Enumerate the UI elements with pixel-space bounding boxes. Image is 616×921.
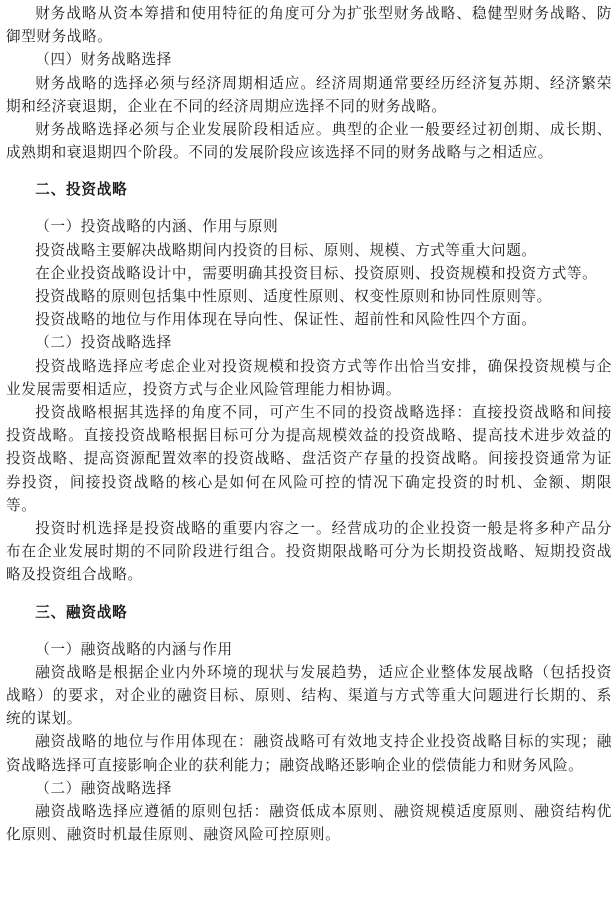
- section-heading-financing-strategy: 三、融资战略: [6, 601, 612, 624]
- paragraph-investment-role: 投资战略的地位与作用体现在导向性、保证性、超前性和风险性四个方面。: [6, 308, 612, 331]
- paragraph-financing-principles: 融资战略选择应遵循的原则包括：融资低成本原则、融资规模适度原则、融资结构优化原则…: [6, 800, 612, 846]
- subheading-financing-connotation: （一）融资战略的内涵与作用: [6, 638, 612, 661]
- paragraph-financing-role: 融资战略的地位与作用体现在：融资战略可有效地支持企业投资战略目标的实现；融资战略…: [6, 730, 612, 776]
- paragraph-investment-principles: 投资战略的原则包括集中性原则、适度性原则、权变性原则和协同性原则等。: [6, 285, 612, 308]
- section-heading-investment-strategy: 二、投资战略: [6, 178, 612, 201]
- paragraph-investment-main-issues: 投资战略主要解决战略期间内投资的目标、原则、规模、方式等重大问题。: [6, 239, 612, 262]
- subheading-financing-selection: （二）融资战略选择: [6, 777, 612, 800]
- subheading-investment-connotation: （一）投资战略的内涵、作用与原则: [6, 215, 612, 238]
- paragraph-investment-arrangement: 投资战略选择应考虑企业对投资规模和投资方式等作出恰当安排，确保投资规模与企业发展…: [6, 355, 612, 401]
- paragraph-investment-design: 在企业投资战略设计中，需要明确其投资目标、投资原则、投资规模和投资方式等。: [6, 262, 612, 285]
- paragraph-development-stage: 财务战略选择必须与企业发展阶段相适应。典型的企业一般要经过初创期、成长期、成熟期…: [6, 118, 612, 164]
- paragraph-financing-definition: 融资战略是根据企业内外环境的现状与发展趋势，适应企业整体发展战略（包括投资战略）…: [6, 661, 612, 731]
- paragraph-economic-cycle: 财务战略的选择必须与经济周期相适应。经济周期通常要经历经济复苏期、经济繁荣期和经…: [6, 72, 612, 118]
- subheading-financial-strategy-selection: （四）财务战略选择: [6, 48, 612, 71]
- document-page: 财务战略从资本筹措和使用特征的角度可分为扩张型财务战略、稳健型财务战略、防御型财…: [0, 0, 616, 847]
- paragraph-direct-indirect-investment: 投资战略根据其选择的角度不同，可产生不同的投资战略选择：直接投资战略和间接投资战…: [6, 401, 612, 517]
- paragraph-financial-strategy-types: 财务战略从资本筹措和使用特征的角度可分为扩张型财务战略、稳健型财务战略、防御型财…: [6, 2, 612, 48]
- subheading-investment-selection: （二）投资战略选择: [6, 331, 612, 354]
- paragraph-investment-timing: 投资时机选择是投资战略的重要内容之一。经营成功的企业投资一般是将多种产品分布在企…: [6, 517, 612, 587]
